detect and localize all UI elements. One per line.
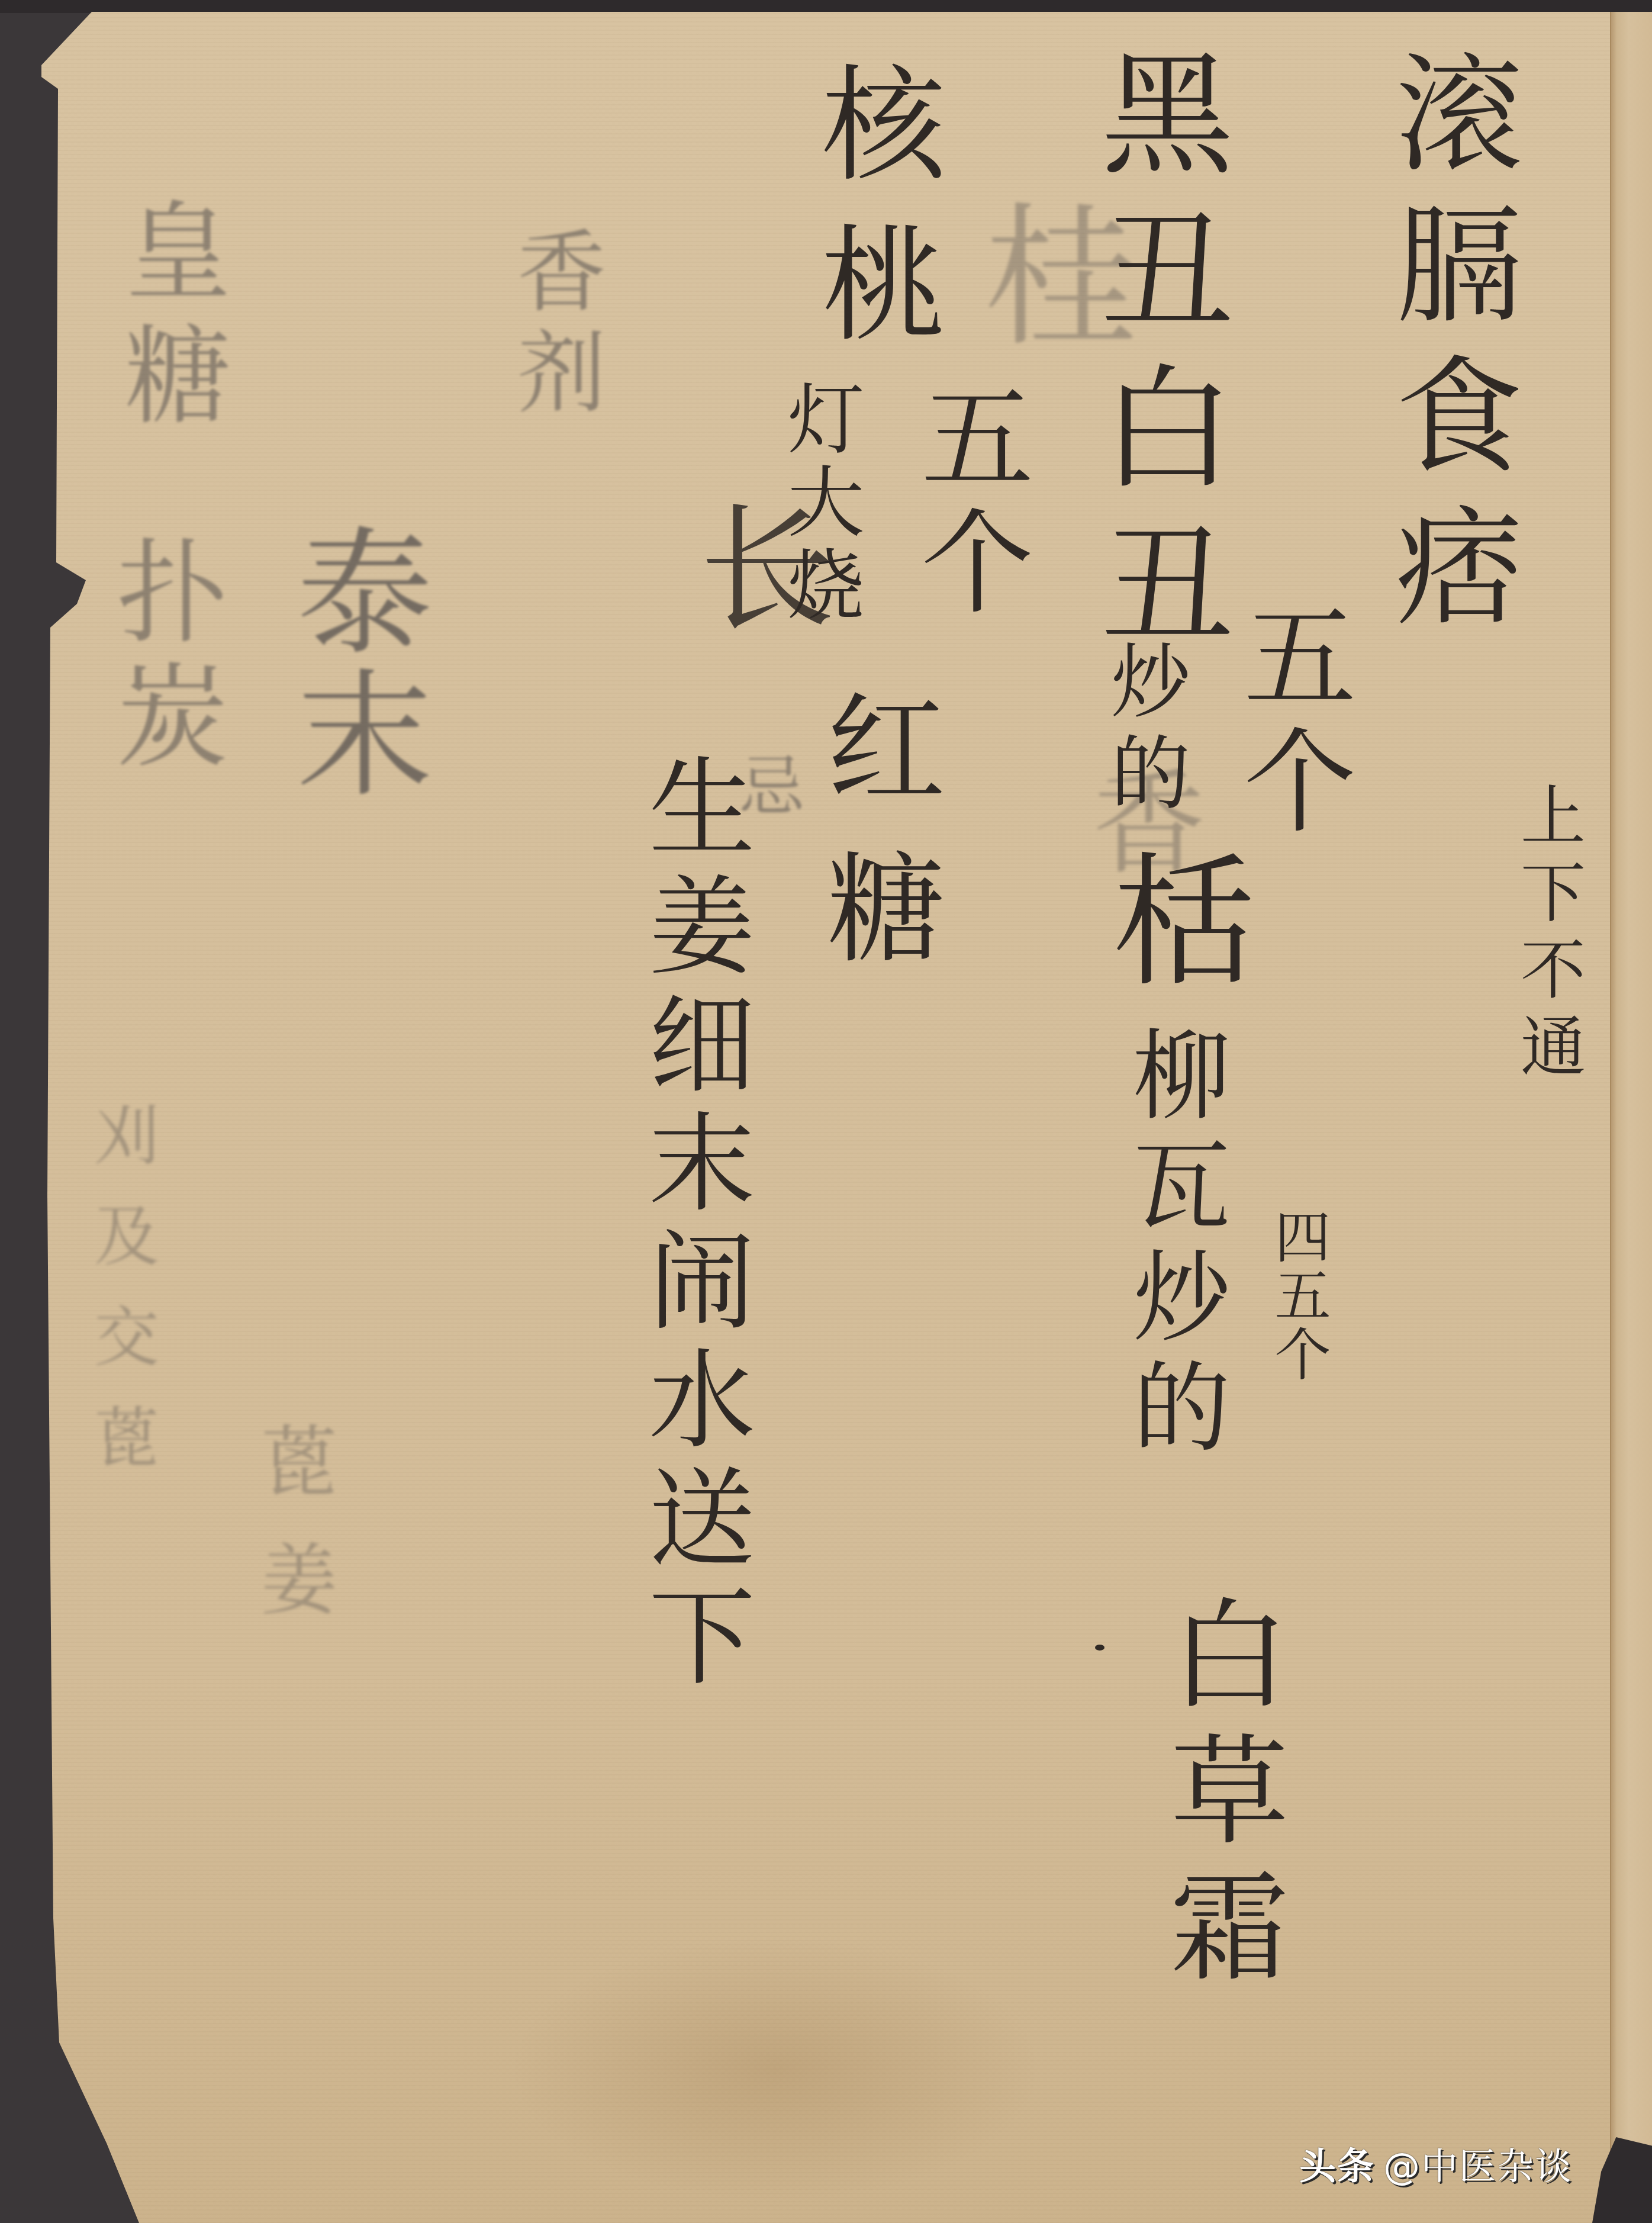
faded-column-left-3: 泰末 <box>284 521 420 805</box>
watermark-brand: 头条 <box>1299 2145 1375 2188</box>
column-5-main: 红糖 <box>817 687 935 1006</box>
column-3-main: 栝 <box>1101 847 1243 1012</box>
smudged-character: 长 <box>687 497 823 657</box>
faded-mark-center-left: 香剂 <box>509 225 598 426</box>
column-6-main: 生姜细末闹水送下 <box>639 752 746 1699</box>
platform-watermark: 头条@中医杂谈 <box>1299 2137 1573 2190</box>
column-4-main: 核桃 <box>811 59 935 379</box>
binding-fold <box>1611 12 1652 2223</box>
column-1-main: 滚膈食痞 <box>1385 47 1512 651</box>
column-3-tail: 白草霜 <box>1160 1593 1279 2001</box>
column-1-annotation: 上下不通 <box>1515 781 1580 1089</box>
faded-column-left-2: 扑炭 <box>107 533 219 781</box>
ink-dot <box>1095 1645 1104 1651</box>
scan-top-edge <box>0 0 1652 13</box>
column-2-main: 黑丑白丑 <box>1089 44 1222 672</box>
faded-column-left-1: 皇糖 <box>115 195 222 444</box>
column-3-annotation: 四五个 <box>1270 1208 1326 1384</box>
faded-column-bottom-1: 刈及交蓖 <box>89 1101 154 1504</box>
column-2-sub: 炒的 <box>1104 639 1184 823</box>
faded-column-bottom-2: 蓖姜 <box>255 1421 331 1658</box>
column-2-after: 五个 <box>1234 598 1347 847</box>
column-3-sub: 柳瓦炒的 <box>1125 1024 1222 1467</box>
paper-stain <box>509 1936 1042 2202</box>
column-4-after: 五个 <box>912 379 1024 628</box>
watermark-handle: @中医杂谈 <box>1383 2145 1573 2188</box>
